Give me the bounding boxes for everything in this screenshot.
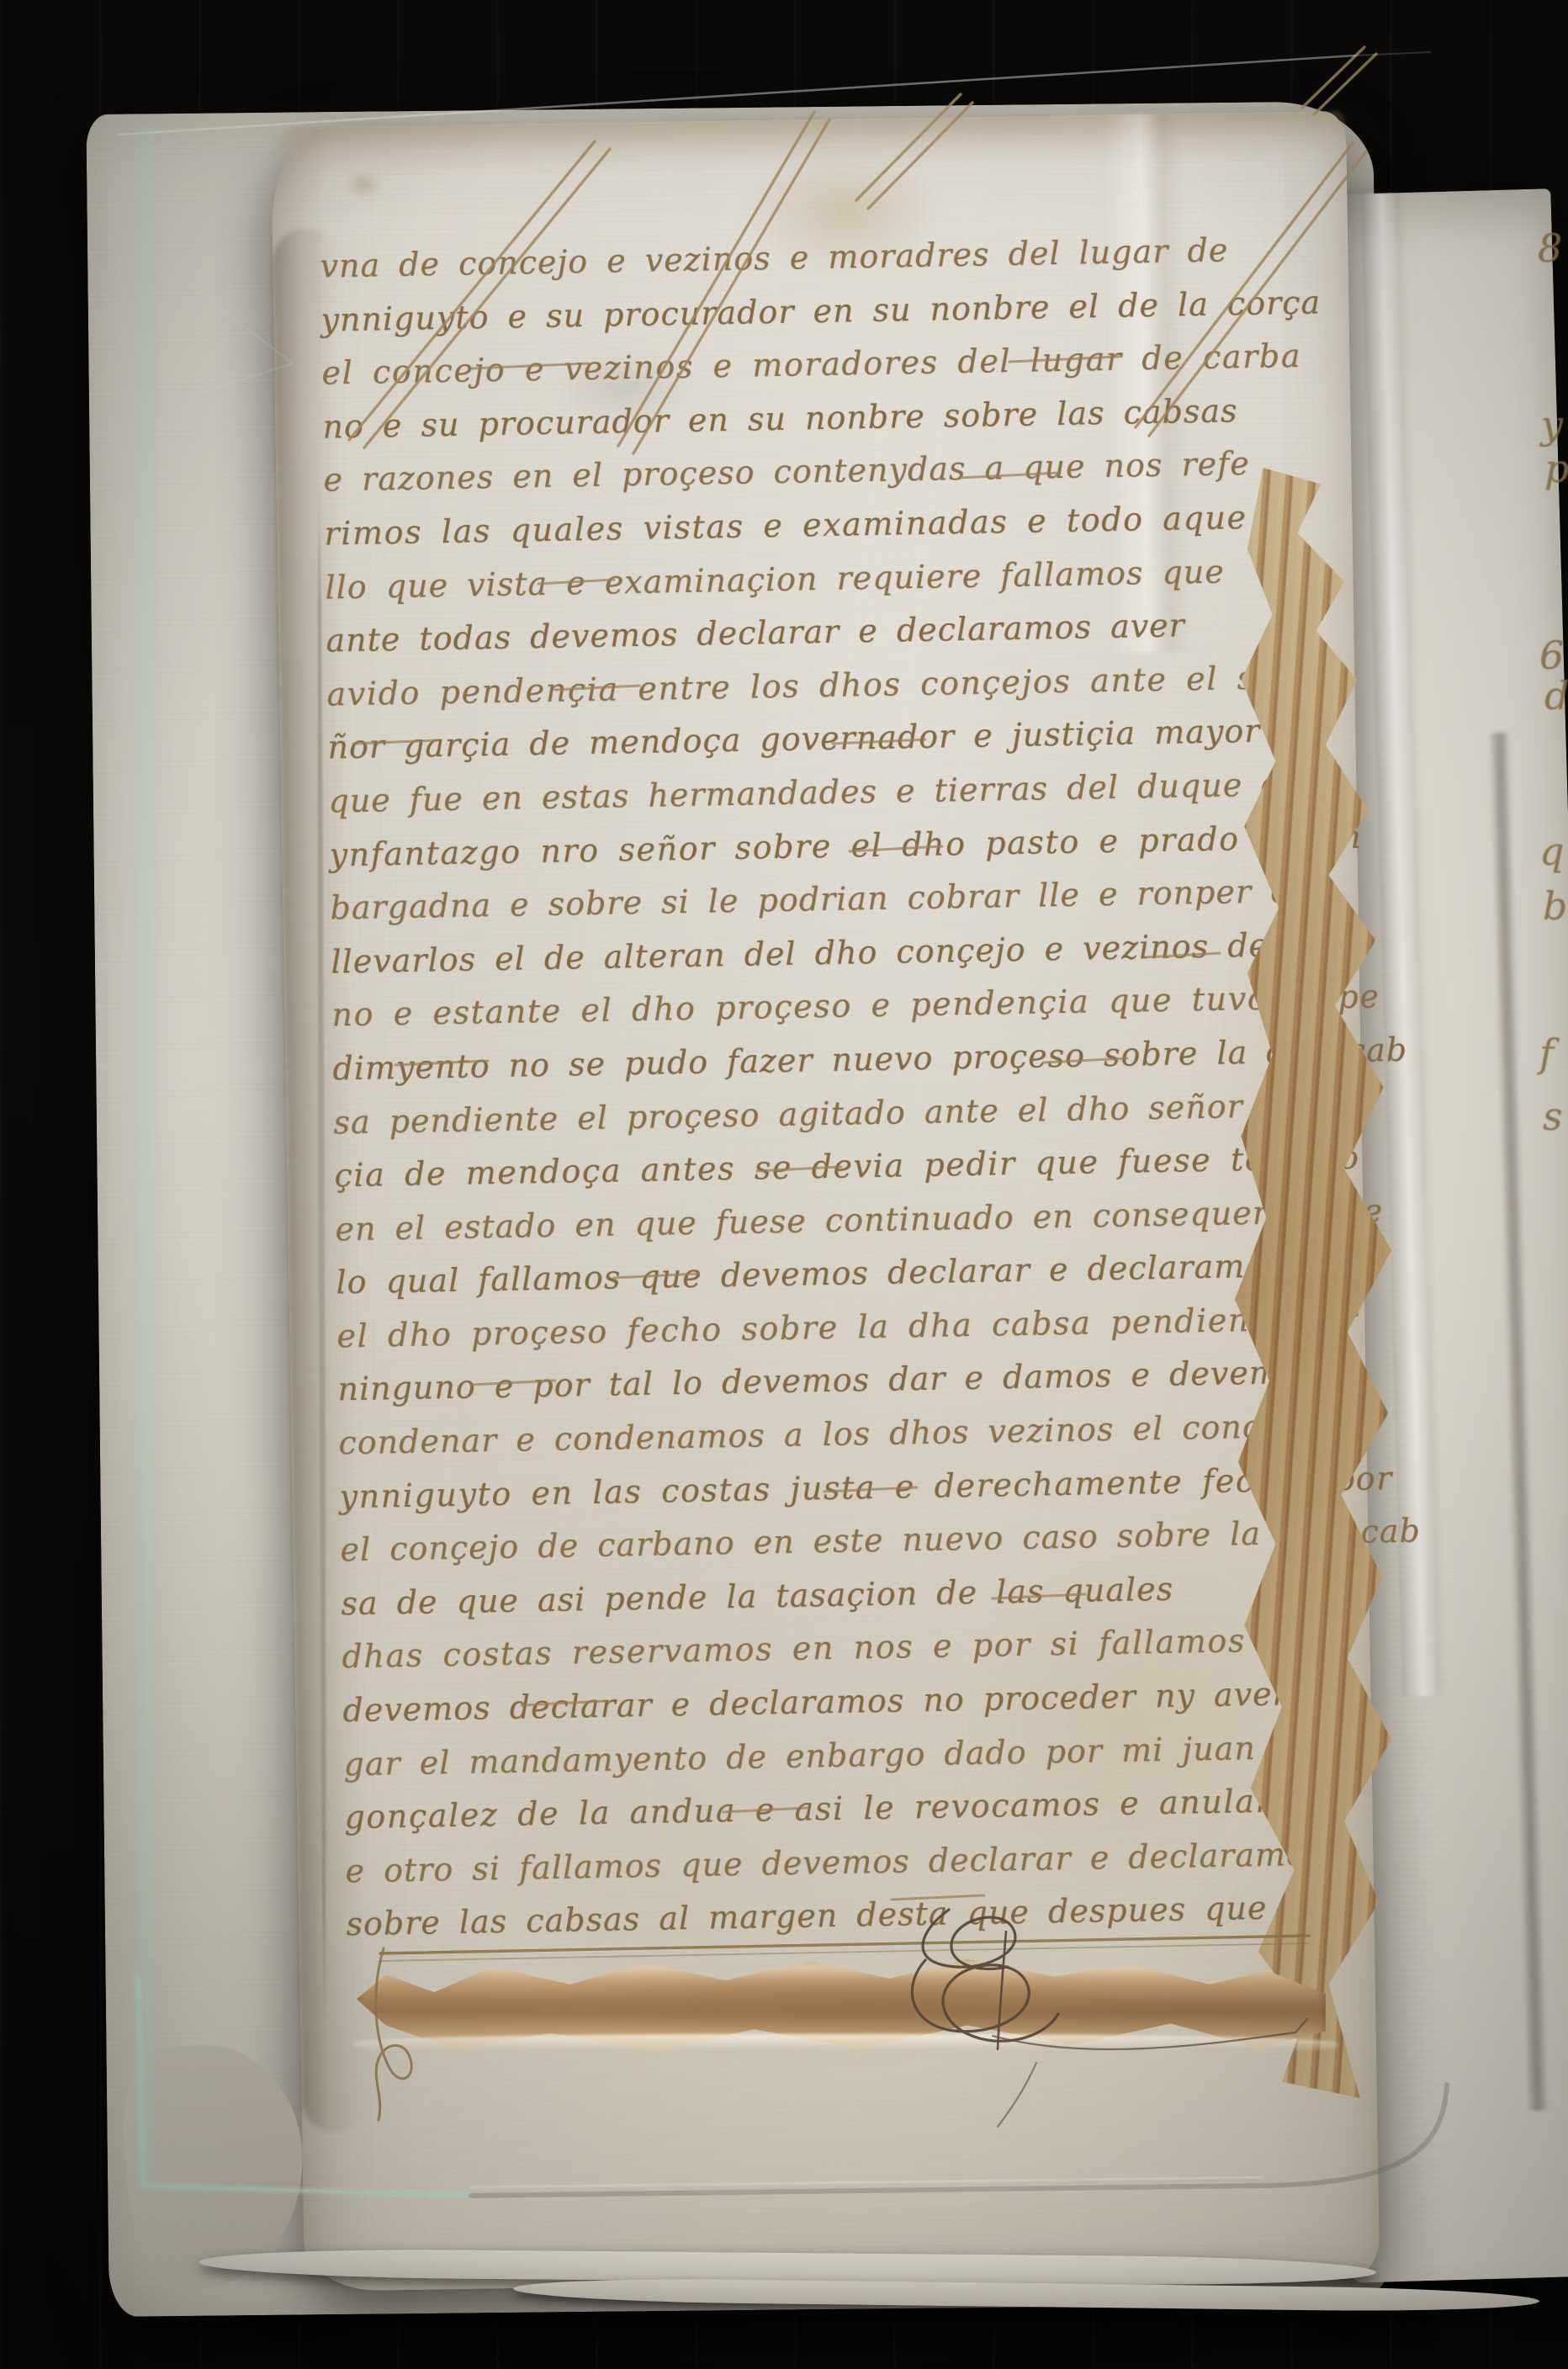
- adjacent-page-text-fragment: q: [1539, 829, 1568, 874]
- stain: [344, 170, 384, 199]
- adjacent-page-text-fragment: f: [1539, 1031, 1568, 1076]
- text-block: vna de concejo e vezinos e moradres del …: [320, 223, 1348, 1950]
- adjacent-page-text-fragment: 8: [1538, 225, 1568, 271]
- photo-backdrop: 8 y p 6 d q b f s vna de concejo e vezin…: [0, 0, 1568, 2369]
- adjacent-page-text-fragment: y: [1541, 402, 1568, 448]
- adjacent-page-text-fragment: s: [1543, 1094, 1568, 1139]
- adjacent-page-text-fragment: b: [1543, 883, 1568, 929]
- torn-hole-rim: [353, 2034, 1338, 2056]
- adjacent-page-text-fragment: d: [1544, 673, 1568, 718]
- adjacent-page-text-fragment: 6: [1539, 633, 1568, 678]
- adjacent-page-text-fragment: p: [1544, 446, 1568, 491]
- page-gap-shadow: [1488, 733, 1549, 2111]
